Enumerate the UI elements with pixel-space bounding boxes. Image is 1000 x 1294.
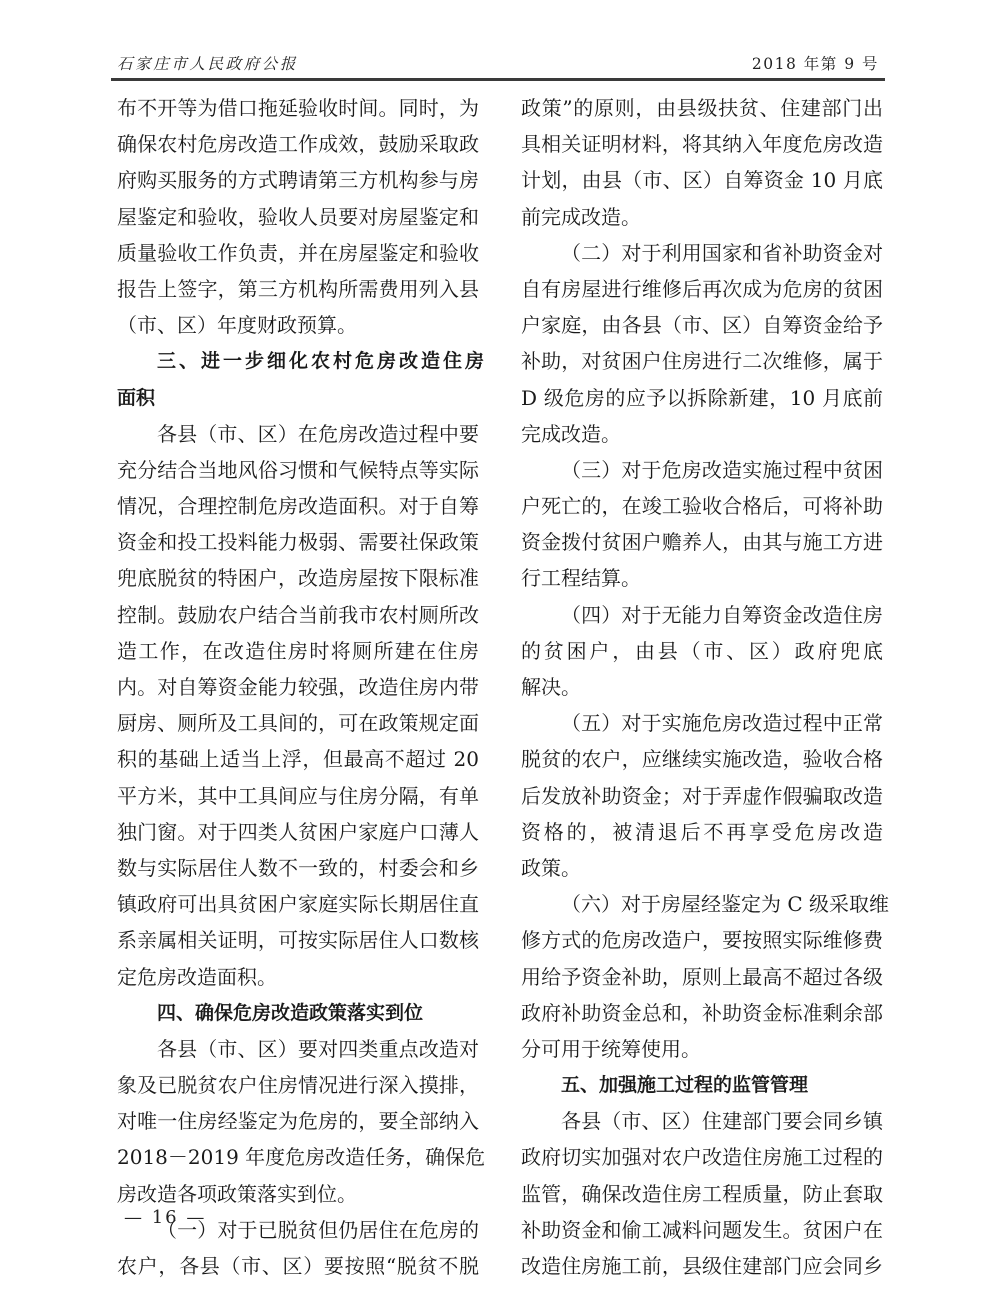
- body-text-line: 具相关证明材料，将其纳入年度危房改造: [521, 126, 883, 162]
- right-text-column: 政策”的原则，由县级扶贫、住建部门出具相关证明材料，将其纳入年度危房改造计划，由…: [521, 90, 883, 1284]
- body-text-line: 前完成改造。: [521, 199, 883, 235]
- body-text-line: 政府切实加强对农户改造住房施工过程的: [521, 1139, 883, 1175]
- publication-title: 石家庄市人民政府公报: [117, 52, 298, 74]
- body-text-line: 情况，合理控制危房改造面积。对于自筹: [117, 488, 479, 524]
- body-text-line: 户家庭，由各县（市、区）自筹资金给予: [521, 307, 883, 343]
- body-text-line: （四）对于无能力自筹资金改造住房: [521, 597, 883, 633]
- body-text-line: 资金拨付贫困户赡养人，由其与施工方进: [521, 524, 883, 560]
- body-text-line: D 级危房的应予以拆除新建，10 月底前: [521, 380, 883, 416]
- body-text-line: 修方式的危房改造户，要按照实际维修费: [521, 922, 883, 958]
- body-text-line: 资金和投工投料能力极弱、需要社保政策: [117, 524, 479, 560]
- running-header: 石家庄市人民政府公报 2018 年第 9 号: [111, 52, 885, 74]
- body-text-line: 确保农村危房改造工作成效，鼓励采取政: [117, 126, 479, 162]
- body-text-line: 布不开等为借口拖延验收时间。同时，为: [117, 90, 479, 126]
- body-text-line: 补助资金和偷工减料问题发生。贫困户在: [521, 1212, 883, 1248]
- body-text-line: （二）对于利用国家和省补助资金对: [521, 235, 883, 271]
- body-text-line: 分可用于统筹使用。: [521, 1031, 883, 1067]
- body-text-line: 厨房、厕所及工具间的，可在政策规定面: [117, 705, 479, 741]
- body-text-line: 监管，确保改造住房工程质量，防止套取: [521, 1176, 883, 1212]
- body-text-line: 改造住房施工前，县级住建部门应会同乡: [521, 1248, 883, 1284]
- body-text-line: 后发放补助资金；对于弄虚作假骗取改造: [521, 778, 883, 814]
- body-text-line: 定危房改造面积。: [117, 959, 479, 995]
- section-heading-line: 五、加强施工过程的监管管理: [521, 1067, 883, 1103]
- body-text-line: 报告上签字，第三方机构所需费用列入县: [117, 271, 479, 307]
- body-text-line: 系亲属相关证明，可按实际居住人口数核: [117, 922, 479, 958]
- body-text-line: 兜底脱贫的特困户，改造房屋按下限标准: [117, 560, 479, 596]
- section-heading-line: 四、确保危房改造政策落实到位: [117, 995, 479, 1031]
- body-text-line: （三）对于危房改造实施过程中贫困: [521, 452, 883, 488]
- body-text-line: 积的基础上适当上浮，但最高不超过 20: [117, 741, 479, 777]
- body-text-line: 行工程结算。: [521, 560, 883, 596]
- body-text-line: （六）对于房屋经鉴定为 C 级采取维: [521, 886, 883, 922]
- body-text-line: 内。对自筹资金能力较强，改造住房内带: [117, 669, 479, 705]
- body-text-line: （市、区）年度财政预算。: [117, 307, 479, 343]
- body-text-line: 控制。鼓励农户结合当前我市农村厕所改: [117, 597, 479, 633]
- body-text-line: 数与实际居住人数不一致的，村委会和乡: [117, 850, 479, 886]
- body-text-line: （五）对于实施危房改造过程中正常: [521, 705, 883, 741]
- body-text-line: 独门窗。对于四类人贫困户家庭户口薄人: [117, 814, 479, 850]
- body-text-line: 质量验收工作负责，并在房屋鉴定和验收: [117, 235, 479, 271]
- body-text-line: 各县（市、区）在危房改造过程中要: [117, 416, 479, 452]
- section-heading-line: 面积: [117, 380, 479, 416]
- body-text-line: 平方米，其中工具间应与住房分隔，有单: [117, 778, 479, 814]
- body-text-line: 屋鉴定和验收，验收人员要对房屋鉴定和: [117, 199, 479, 235]
- body-text-line: 府购买服务的方式聘请第三方机构参与房: [117, 162, 479, 198]
- left-text-column: 布不开等为借口拖延验收时间。同时，为确保农村危房改造工作成效，鼓励采取政府购买服…: [117, 90, 479, 1284]
- body-text-line: 解决。: [521, 669, 883, 705]
- body-text-line: 农户，各县（市、区）要按照“脱贫不脱: [117, 1248, 479, 1284]
- body-text-line: 自有房屋进行维修后再次成为危房的贫困: [521, 271, 883, 307]
- body-text-line: 计划，由县（市、区）自筹资金 10 月底: [521, 162, 883, 198]
- page-number: — 16 —: [124, 1207, 206, 1228]
- body-text-line: 脱贫的农户，应继续实施改造，验收合格: [521, 741, 883, 777]
- section-heading-line: 三、进一步细化农村危房改造住房: [117, 343, 479, 379]
- body-text-line: 政策”的原则，由县级扶贫、住建部门出: [521, 90, 883, 126]
- body-text-line: 用给予资金补助，原则上最高不超过各级: [521, 959, 883, 995]
- body-text-line: 2018－2019 年度危房改造任务，确保危: [117, 1139, 479, 1175]
- body-text-line: 补助，对贫困户住房进行二次维修，属于: [521, 343, 883, 379]
- body-text-line: 造工作，在改造住房时将厕所建在住房: [117, 633, 479, 669]
- body-text-line: 户死亡的，在竣工验收合格后，可将补助: [521, 488, 883, 524]
- body-text-line: 资格的，被清退后不再享受危房改造: [521, 814, 883, 850]
- body-text-line: 镇政府可出具贫困户家庭实际长期居住直: [117, 886, 479, 922]
- body-text-line: 象及已脱贫农户住房情况进行深入摸排，: [117, 1067, 479, 1103]
- body-text-line: 各县（市、区）要对四类重点改造对: [117, 1031, 479, 1067]
- body-text-line: 对唯一住房经鉴定为危房的，要全部纳入: [117, 1103, 479, 1139]
- body-text-line: 充分结合当地风俗习惯和气候特点等实际: [117, 452, 479, 488]
- body-text-line: 政府补助资金总和，补助资金标准剩余部: [521, 995, 883, 1031]
- body-text-line: 政策。: [521, 850, 883, 886]
- body-text-line: 完成改造。: [521, 416, 883, 452]
- header-divider: [111, 78, 885, 81]
- issue-number: 2018 年第 9 号: [752, 52, 879, 74]
- body-text-line: 的贫困户，由县（市、区）政府兜底: [521, 633, 883, 669]
- body-text-line: 各县（市、区）住建部门要会同乡镇: [521, 1103, 883, 1139]
